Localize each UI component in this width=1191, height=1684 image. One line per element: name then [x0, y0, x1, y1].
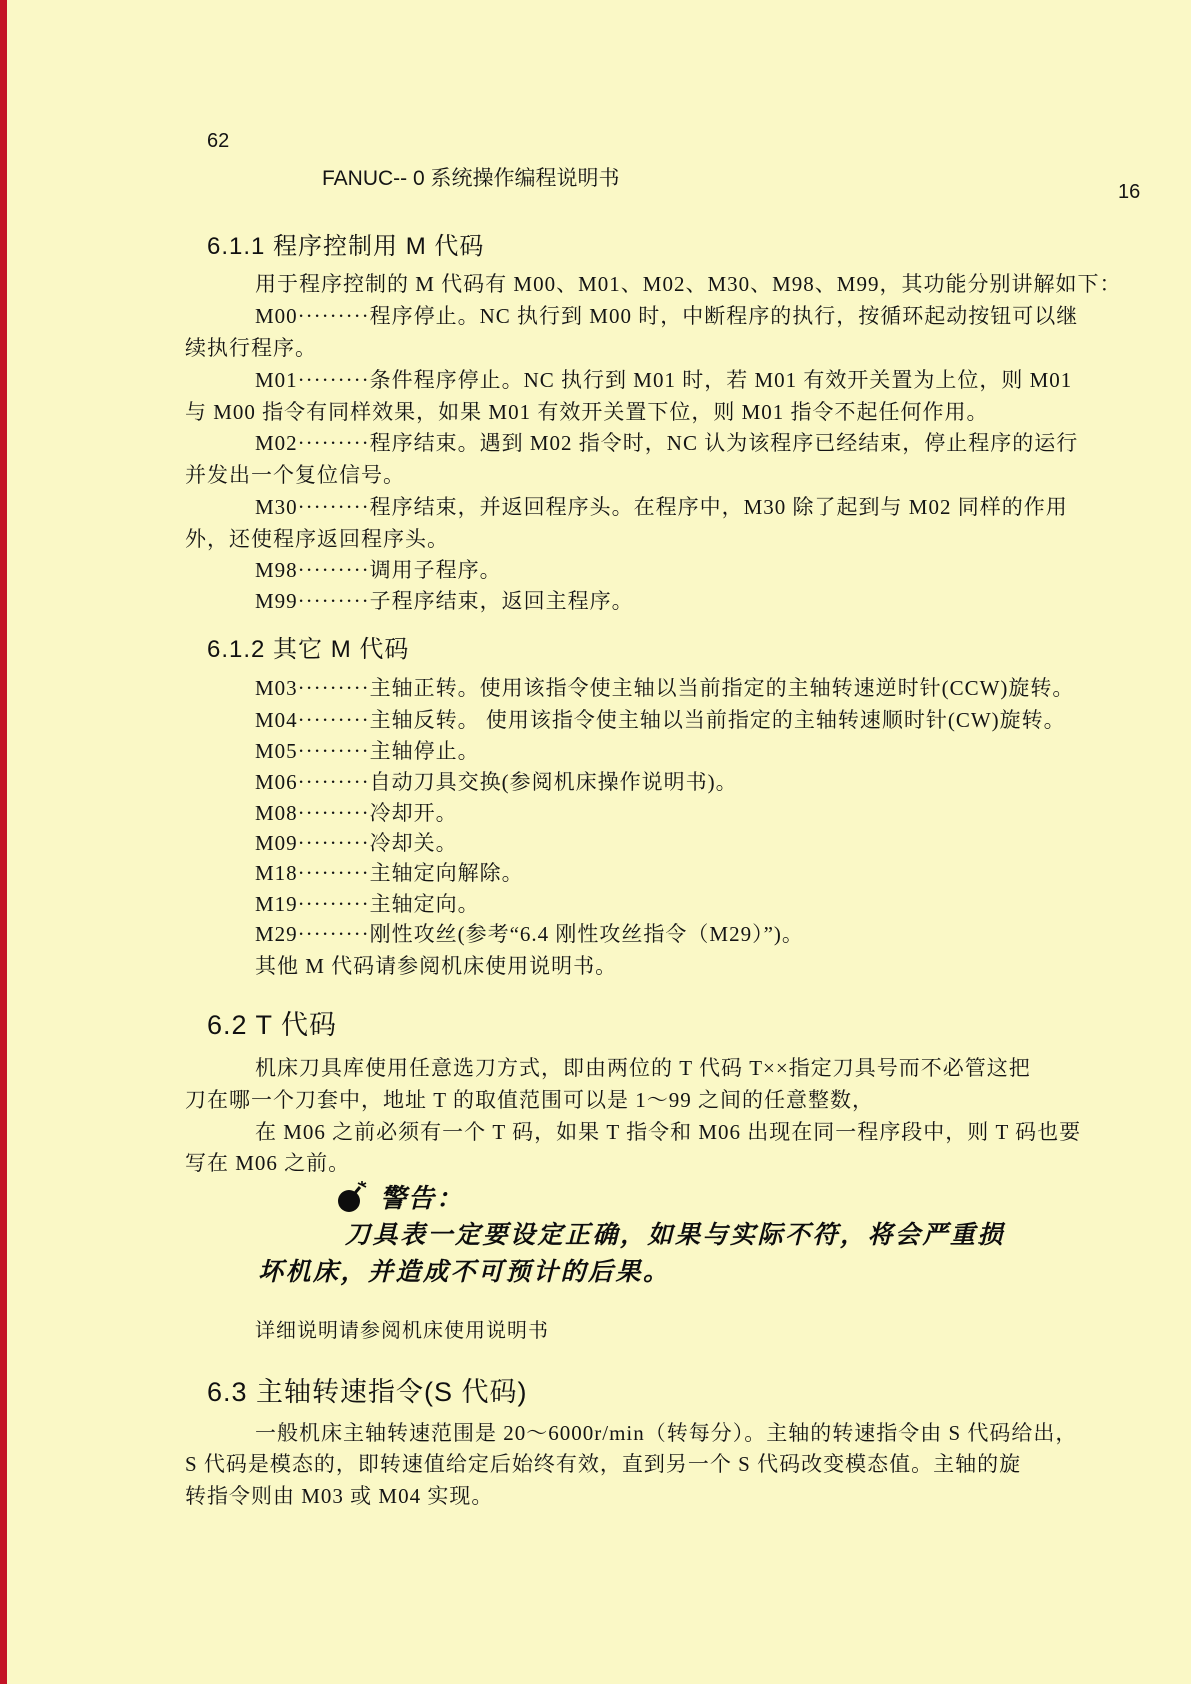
text-line: M08·········冷却开。 [255, 800, 458, 827]
text-line: 外，还使程序返回程序头。 [185, 526, 449, 553]
text-line: M00·········程序停止。NC 执行到 M00 时，中断程序的执行，按循… [255, 303, 1078, 330]
text-line: 与 M00 指令有同样效果，如果 M01 有效开关置下位，则 M01 指令不起任… [185, 399, 989, 426]
text-line: 转指令则由 M03 或 M04 实现。 [185, 1483, 493, 1510]
scan-edge-stripe [0, 0, 7, 1684]
text-line: M06·········自动刀具交换(参阅机床操作说明书)。 [255, 769, 738, 796]
warning-text-line: 坏机床，并造成不可预计的后果。 [258, 1252, 671, 1288]
text-line: M03·········主轴正转。使用该指令使主轴以当前指定的主轴转速逆时针(C… [255, 675, 1074, 702]
text-line: M02·········程序结束。遇到 M02 指令时，NC 认为该程序已经结束… [255, 430, 1078, 457]
section-heading-611: 6.1.1 程序控制用 M 代码 [207, 226, 484, 261]
section-heading-63: 6.3 主轴转速指令(S 代码) [207, 1370, 528, 1409]
text-line: 写在 M06 之前。 [185, 1150, 350, 1177]
text-line: M05·········主轴停止。 [255, 738, 480, 765]
text-line: M09·········冷却关。 [255, 830, 458, 857]
section-heading-612: 6.1.2 其它 M 代码 [207, 629, 409, 664]
text-line: 刀在哪一个刀套中，地址 T 的取值范围可以是 1～99 之间的任意整数， [185, 1087, 874, 1114]
warning-label: 警告： [380, 1178, 464, 1215]
text-line: S 代码是模态的，即转速值给定后始终有效，直到另一个 S 代码改变模态值。主轴的… [185, 1451, 1021, 1478]
page-number-right: 16 [1118, 181, 1140, 204]
warning-header: 警告： [336, 1178, 464, 1215]
text-line: 在 M06 之前必须有一个 T 码，如果 T 指令和 M06 出现在同一程序段中… [255, 1119, 1081, 1146]
text-line: M98·········调用子程序。 [255, 557, 502, 584]
text-line: 其他 M 代码请参阅机床使用说明书。 [255, 953, 617, 980]
document-title: FANUC-- 0 系统操作编程说明书 [322, 162, 620, 192]
section-heading-62: 6.2 T 代码 [207, 1003, 337, 1042]
text-line: M01·········条件程序停止。NC 执行到 M01 时，若 M01 有效… [255, 367, 1072, 394]
manual-page: 62 FANUC-- 0 系统操作编程说明书 16 6.1.1 程序控制用 M … [0, 0, 1191, 1684]
text-line: 一般机床主轴转速范围是 20～6000r/min（转每分）。主轴的转速指令由 S… [255, 1420, 1077, 1447]
text-line: 用于程序控制的 M 代码有 M00、M01、M02、M30、M98、M99，其功… [255, 271, 1121, 298]
bomb-warning-icon [336, 1180, 370, 1214]
page-number-left: 62 [207, 130, 229, 153]
text-line: M30·········程序结束，并返回程序头。在程序中，M30 除了起到与 M… [255, 494, 1068, 521]
text-line: M29·········刚性攻丝(参考“6.4 刚性攻丝指令（M29）”)。 [255, 921, 804, 948]
note-line: 详细说明请参阅机床使用说明书 [255, 1318, 549, 1345]
text-line: 机床刀具库使用任意选刀方式，即由两位的 T 代码 T××指定刀具号而不必管这把 [255, 1055, 1031, 1082]
text-line: M99·········子程序结束，返回主程序。 [255, 588, 634, 615]
warning-text-line: 刀具表一定要设定正确，如果与实际不符，将会严重损 [345, 1215, 1005, 1251]
text-line: 续执行程序。 [185, 335, 317, 362]
text-line: 并发出一个复位信号。 [185, 462, 405, 489]
text-line: M19·········主轴定向。 [255, 891, 480, 918]
text-line: M04·········主轴反转。 使用该指令使主轴以当前指定的主轴转速顺时针(… [255, 707, 1066, 734]
text-line: M18·········主轴定向解除。 [255, 860, 524, 887]
